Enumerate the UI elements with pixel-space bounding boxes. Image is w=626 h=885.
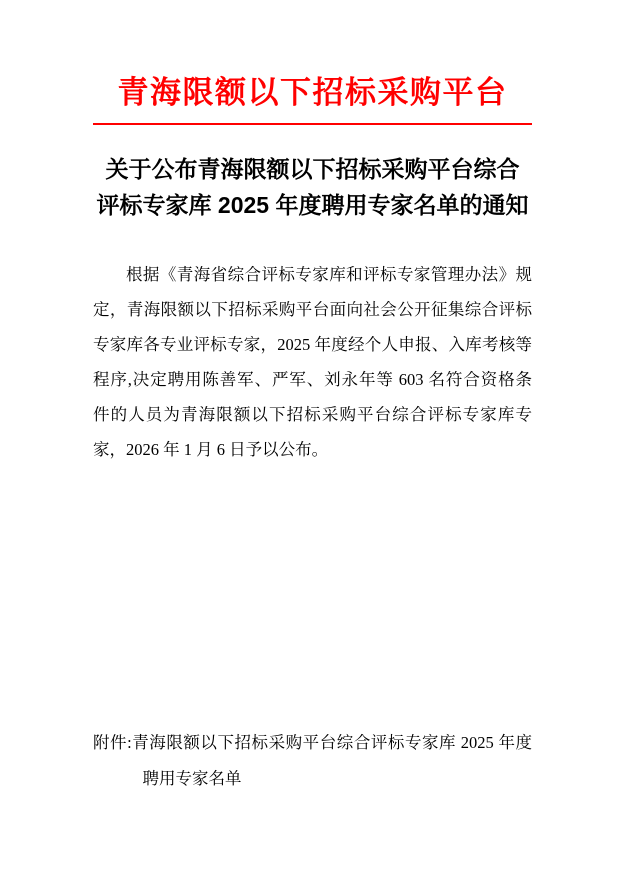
- body-text-line: 根据《青海省综合评标专家库和评标专家管理办法》规: [93, 257, 532, 292]
- attachment-note: 附件:青海限额以下招标采购平台综合评标专家库 2025 年度 聘用专家名单: [93, 725, 532, 797]
- notice-body-paragraph: 根据《青海省综合评标专家库和评标专家管理办法》规 定，青海限额以下招标采购平台面…: [93, 257, 532, 467]
- attachment-line-1: 附件:青海限额以下招标采购平台综合评标专家库 2025 年度: [93, 725, 532, 761]
- body-text-line: 程序,决定聘用陈善军、严军、刘永年等 603 名符合资格条: [93, 362, 532, 397]
- body-text-line: 定，青海限额以下招标采购平台面向社会公开征集综合评标: [93, 292, 532, 327]
- body-text-line: 件的人员为青海限额以下招标采购平台综合评标专家库专: [93, 397, 532, 432]
- notice-title-line-2: 评标专家库 2025 年度聘用专家名单的通知: [93, 187, 532, 223]
- notice-title-line-1: 关于公布青海限额以下招标采购平台综合: [93, 151, 532, 187]
- body-text-line: 专家库各专业评标专家，2025 年度经个人申报、入库考核等: [93, 327, 532, 362]
- masthead-divider-rule: [93, 123, 532, 125]
- attachment-line-2: 聘用专家名单: [93, 761, 532, 797]
- platform-masthead: 青海限额以下招标采购平台: [93, 0, 532, 125]
- body-text-line: 家，2026 年 1 月 6 日予以公布。: [93, 432, 532, 467]
- notice-title: 关于公布青海限额以下招标采购平台综合 评标专家库 2025 年度聘用专家名单的通…: [93, 151, 532, 223]
- document-page: 青海限额以下招标采购平台 关于公布青海限额以下招标采购平台综合 评标专家库 20…: [0, 0, 626, 885]
- platform-title: 青海限额以下招标采购平台: [93, 74, 532, 111]
